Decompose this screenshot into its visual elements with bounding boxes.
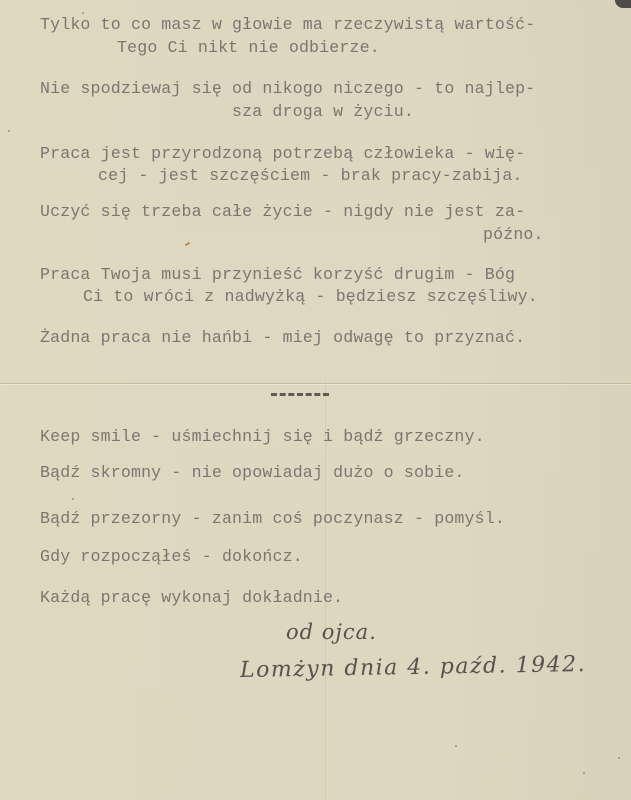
rule-1: Keep smile - uśmiechnij się i bądź grzec…	[40, 426, 485, 448]
paper-speck	[618, 757, 620, 759]
letter-page: Tylko to co masz w głowie ma rzeczywistą…	[0, 0, 631, 800]
maxim-2-line-2: sza droga w życiu.	[232, 101, 414, 123]
rule-5: Każdą pracę wykonaj dokładnie.	[40, 587, 343, 609]
maxim-2-line-1: Nie spodziewaj się od nikogo niczego - t…	[40, 78, 535, 100]
rule-3: Bądź przezorny - zanim coś poczynasz - p…	[40, 508, 505, 530]
rule-2: Bądź skromny - nie opowiadaj dużo o sobi…	[40, 462, 465, 484]
paper-stain	[185, 242, 190, 246]
paper-speck	[72, 498, 74, 500]
section-separator	[271, 393, 329, 396]
paper-speck	[82, 12, 84, 14]
maxim-3-line-2: cej - jest szczęściem - brak pracy-zabij…	[98, 165, 523, 187]
maxim-1-line-1: Tylko to co masz w głowie ma rzeczywistą…	[40, 14, 535, 36]
maxim-1-line-2: Tego Ci nikt nie odbierze.	[117, 37, 380, 59]
maxim-6-line-1: Żadna praca nie hańbi - miej odwagę to p…	[40, 327, 525, 349]
maxim-4-line-1: Uczyć się trzeba całe życie - nigdy nie …	[40, 201, 525, 223]
maxim-3-line-1: Praca jest przyrodzoną potrzebą człowiek…	[40, 143, 525, 165]
maxim-5-line-1: Praca Twoja musi przynieść korzyść drugi…	[40, 264, 515, 286]
maxim-5-line-2: Ci to wróci z nadwyżką - będziesz szczęś…	[83, 286, 538, 308]
signature-place-date: Lomżyn dnia 4. paźd. 1942.	[240, 652, 587, 683]
paper-fold-horizontal	[0, 383, 631, 384]
corner-ink-mark	[615, 0, 631, 8]
paper-speck	[583, 772, 585, 774]
rule-4: Gdy rozpocząłeś - dokończ.	[40, 546, 303, 568]
paper-speck	[8, 130, 10, 132]
paper-speck	[455, 745, 457, 747]
maxim-4-line-2: późno.	[483, 224, 544, 246]
signature-from: od ojca.	[286, 620, 377, 644]
